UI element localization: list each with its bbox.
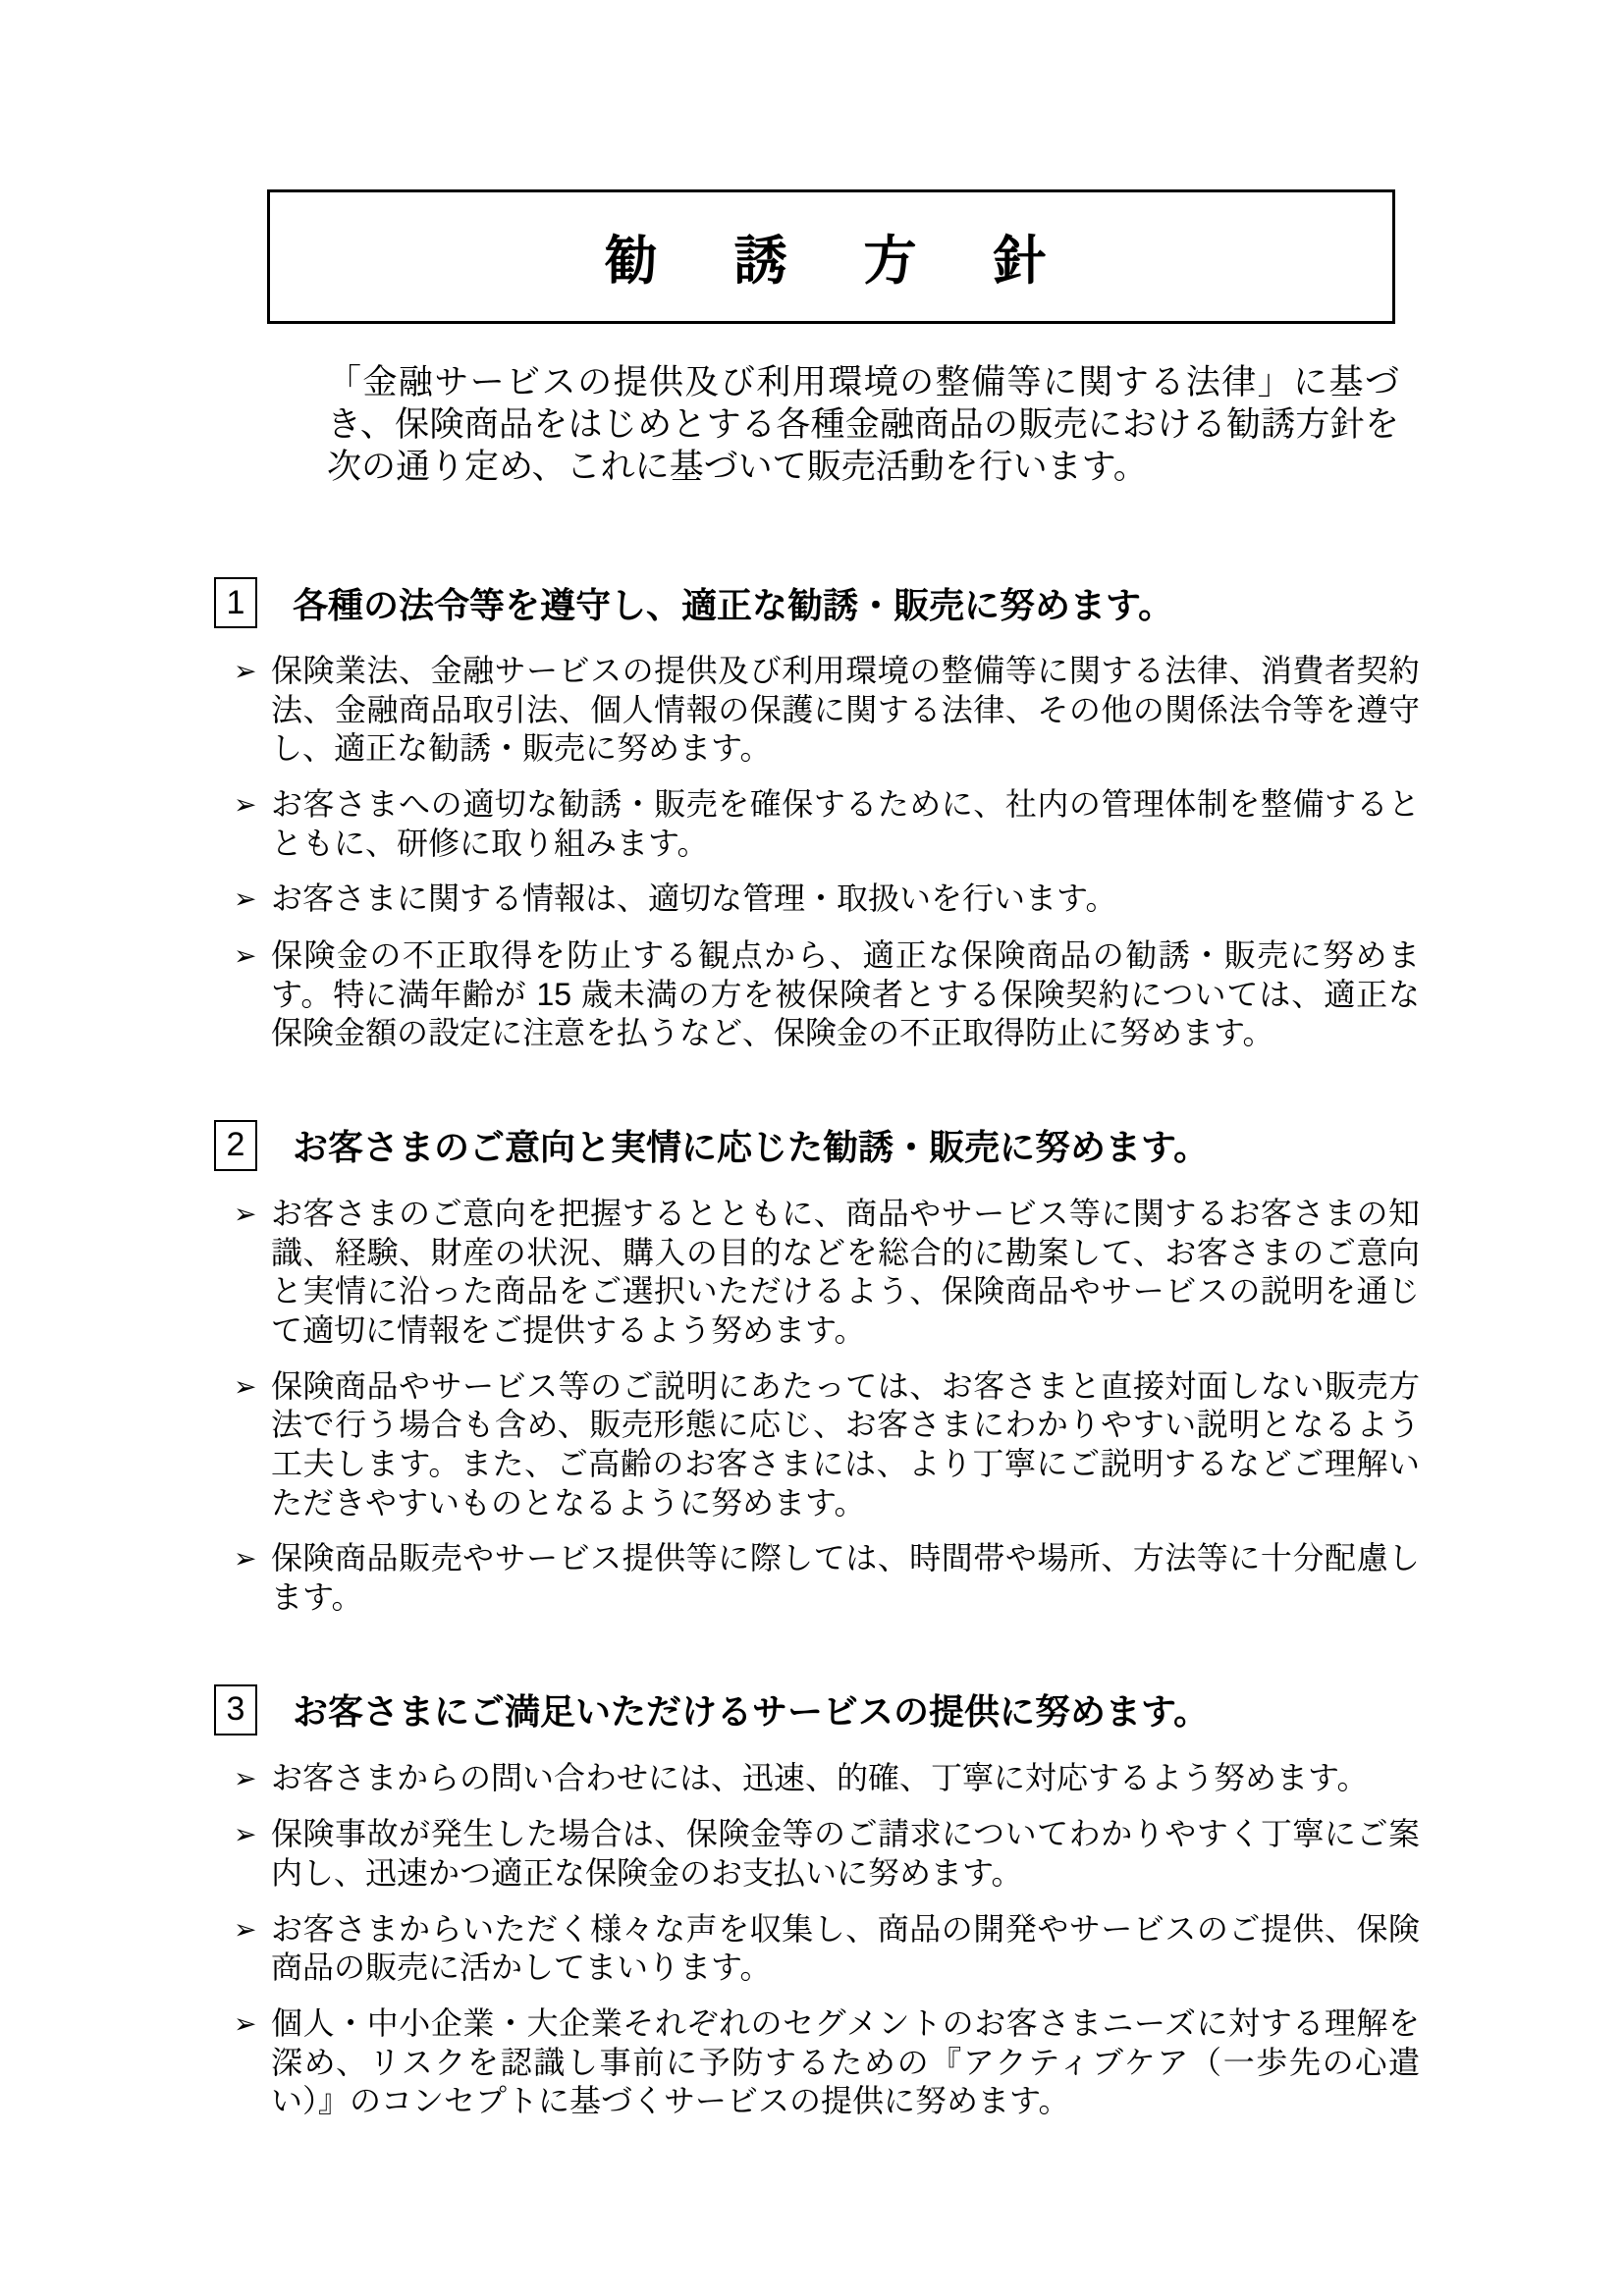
section-1: 1 各種の法令等を遵守し、適正な勧誘・販売に努めます。 ➢ 保険業法、金融サービ…: [214, 577, 1420, 1053]
arrow-bullet-icon: ➢: [214, 936, 271, 977]
document-page: 勧 誘 方 針 「金融サービスの提供及び利用環境の整備等に関する法律」に基づき、…: [0, 0, 1624, 2296]
page-title: 勧 誘 方 針: [605, 219, 1058, 294]
section-heading-text: お客さまのご意向と実情に応じた勧誘・販売に努めます。: [293, 1120, 1209, 1170]
list-item: ➢ お客さまからの問い合わせには、迅速、的確、丁寧に対応するよう努めます。: [214, 1759, 1420, 1799]
title-box: 勧 誘 方 針: [267, 189, 1395, 324]
arrow-bullet-icon: ➢: [214, 880, 271, 920]
arrow-bullet-icon: ➢: [214, 1539, 271, 1579]
list-item-text: お客さまのご意向を把握するとともに、商品やサービス等に関するお客さまの知識、経験…: [271, 1195, 1420, 1351]
list-item: ➢ 保険事故が発生した場合は、保険金等のご請求についてわかりやすく丁寧にご案内し…: [214, 1815, 1420, 1893]
section-2: 2 お客さまのご意向と実情に応じた勧誘・販売に努めます。 ➢ お客さまのご意向を…: [214, 1120, 1420, 1618]
list-item-text: お客さまに関する情報は、適切な管理・取扱いを行います。: [271, 880, 1420, 919]
list-item: ➢ 保険商品販売やサービス提供等に際しては、時間帯や場所、方法等に十分配慮します…: [214, 1539, 1420, 1617]
list-item-text: 保険業法、金融サービスの提供及び利用環境の整備等に関する法律、消費者契約法、金融…: [271, 652, 1420, 769]
list-item: ➢ お客さまに関する情報は、適切な管理・取扱いを行います。: [214, 880, 1420, 920]
list-item-text: お客さまへの適切な勧誘・販売を確保するために、社内の管理体制を整備するとともに、…: [271, 785, 1420, 863]
policy-sections: 1 各種の法令等を遵守し、適正な勧誘・販売に努めます。 ➢ 保険業法、金融サービ…: [214, 577, 1420, 2188]
section-number-box: 2: [214, 1120, 257, 1171]
section-number-box: 3: [214, 1684, 257, 1735]
arrow-bullet-icon: ➢: [214, 1367, 271, 1408]
list-item-text: 保険金の不正取得を防止する観点から、適正な保険商品の勧誘・販売に努めます。特に満…: [271, 936, 1420, 1053]
list-item-text: お客さまからの問い合わせには、迅速、的確、丁寧に対応するよう努めます。: [271, 1759, 1420, 1798]
arrow-bullet-icon: ➢: [214, 652, 271, 692]
arrow-bullet-icon: ➢: [214, 785, 271, 826]
list-item: ➢ 保険金の不正取得を防止する観点から、適正な保険商品の勧誘・販売に努めます。特…: [214, 936, 1420, 1053]
list-item-text: 保険商品販売やサービス提供等に際しては、時間帯や場所、方法等に十分配慮します。: [271, 1539, 1420, 1617]
intro-paragraph: 「金融サービスの提供及び利用環境の整備等に関する法律」に基づき、保険商品をはじめ…: [327, 361, 1399, 488]
section-2-heading: 2 お客さまのご意向と実情に応じた勧誘・販売に努めます。: [214, 1120, 1420, 1171]
list-item: ➢ お客さまからいただく様々な声を収集し、商品の開発やサービスのご提供、保険商品…: [214, 1910, 1420, 1988]
list-item: ➢ 保険業法、金融サービスの提供及び利用環境の整備等に関する法律、消費者契約法、…: [214, 652, 1420, 769]
arrow-bullet-icon: ➢: [214, 1195, 271, 1235]
list-item-text: 保険事故が発生した場合は、保険金等のご請求についてわかりやすく丁寧にご案内し、迅…: [271, 1815, 1420, 1893]
section-3-heading: 3 お客さまにご満足いただけるサービスの提供に努めます。: [214, 1684, 1420, 1735]
list-item: ➢ お客さまのご意向を把握するとともに、商品やサービス等に関するお客さまの知識、…: [214, 1195, 1420, 1351]
arrow-bullet-icon: ➢: [214, 2004, 271, 2045]
section-heading-text: お客さまにご満足いただけるサービスの提供に努めます。: [293, 1684, 1209, 1735]
section-3: 3 お客さまにご満足いただけるサービスの提供に努めます。 ➢ お客さまからの問い…: [214, 1684, 1420, 2121]
section-number-box: 1: [214, 577, 257, 628]
list-item: ➢ 個人・中小企業・大企業それぞれのセグメントのお客さまニーズに対する理解を深め…: [214, 2004, 1420, 2121]
list-item: ➢ 保険商品やサービス等のご説明にあたっては、お客さまと直接対面しない販売方法で…: [214, 1367, 1420, 1523]
list-item-text: 個人・中小企業・大企業それぞれのセグメントのお客さまニーズに対する理解を深め、リ…: [271, 2004, 1420, 2121]
list-item: ➢ お客さまへの適切な勧誘・販売を確保するために、社内の管理体制を整備するととも…: [214, 785, 1420, 863]
arrow-bullet-icon: ➢: [214, 1910, 271, 1950]
section-1-heading: 1 各種の法令等を遵守し、適正な勧誘・販売に努めます。: [214, 577, 1420, 628]
section-heading-text: 各種の法令等を遵守し、適正な勧誘・販売に努めます。: [293, 578, 1173, 628]
arrow-bullet-icon: ➢: [214, 1759, 271, 1799]
arrow-bullet-icon: ➢: [214, 1815, 271, 1855]
list-item-text: お客さまからいただく様々な声を収集し、商品の開発やサービスのご提供、保険商品の販…: [271, 1910, 1420, 1988]
list-item-text: 保険商品やサービス等のご説明にあたっては、お客さまと直接対面しない販売方法で行う…: [271, 1367, 1420, 1523]
